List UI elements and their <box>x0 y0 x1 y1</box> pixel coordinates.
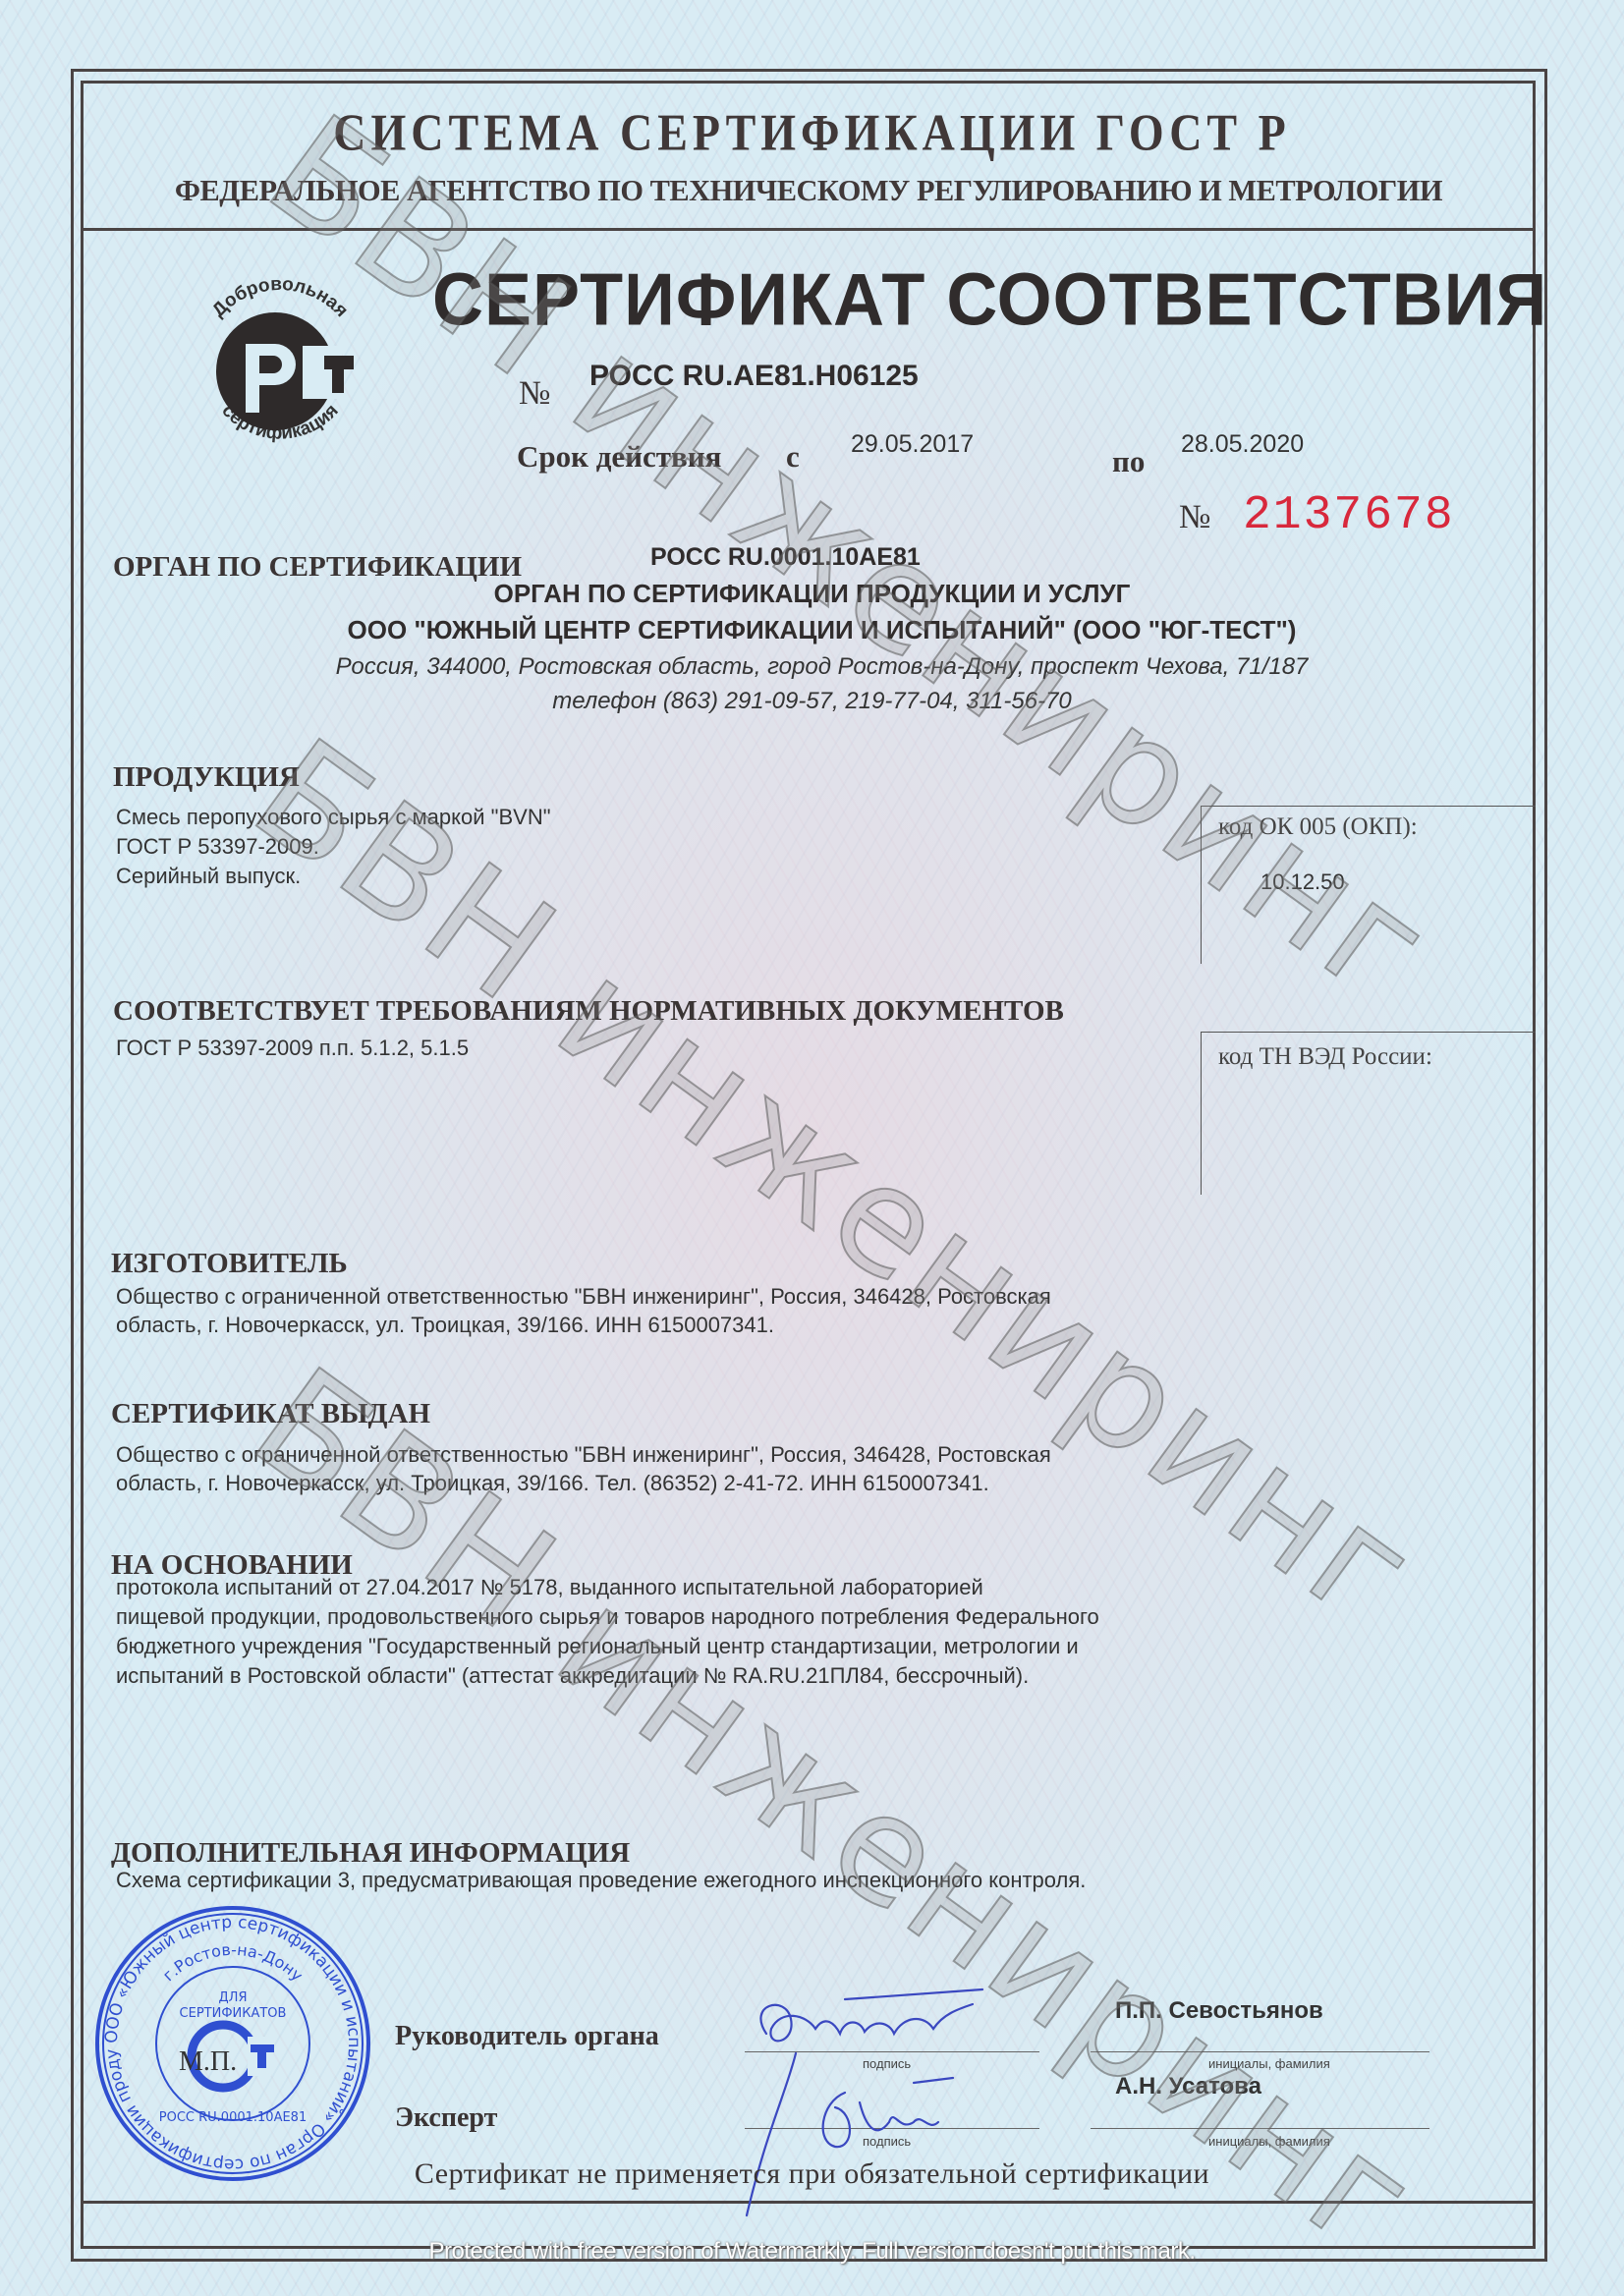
agency-name: ФЕДЕРАЛЬНОЕ АГЕНТСТВО ПО ТЕХНИЧЕСКОМУ РЕ… <box>111 173 1507 208</box>
tnved-code-label: код ТН ВЭД России: <box>1218 1043 1432 1071</box>
certification-body-line1: ОРГАН ПО СЕРТИФИКАЦИИ ПРОДУКЦИИ И УСЛУГ <box>0 579 1624 609</box>
official-seal-stamp: ООО «Южный центр сертификации и испытани… <box>90 1901 375 2186</box>
expert-label: Эксперт <box>395 2102 497 2134</box>
basis-line: бюджетного учреждения "Государственный р… <box>116 1632 1079 1660</box>
head-name-caption: инициалы, фамилия <box>1208 2056 1330 2071</box>
mp-label: М.П. <box>179 2046 237 2078</box>
manufacturer-line: Общество с ограниченной ответственностью… <box>116 1282 1051 1311</box>
conformity-documents: ГОСТ Р 53397-2009 п.п. 5.1.2, 5.1.5 <box>116 1034 469 1062</box>
form-number-sign: № <box>1179 499 1210 536</box>
head-name-line <box>1091 2051 1429 2052</box>
product-line: Серийный выпуск. <box>116 862 301 890</box>
conformity-heading: СООТВЕТСТВУЕТ ТРЕБОВАНИЯМ НОРМАТИВНЫХ ДО… <box>113 995 1064 1028</box>
product-heading: ПРОДУКЦИЯ <box>113 761 300 794</box>
rst-voluntary-certification-icon: Добровольная сертификация <box>177 265 383 472</box>
form-number: 2137678 <box>1243 489 1455 542</box>
expert-name: А.Н. Усатова <box>1115 2073 1261 2100</box>
svg-text:г.Ростов-на-Дону: г.Ростов-на-Дону <box>159 1940 307 1985</box>
basis-line: испытаний в Ростовской области" (аттеста… <box>116 1661 1029 1690</box>
issued-to-line: область, г. Новочеркасск, ул. Троицкая, … <box>116 1469 989 1497</box>
manufacturer-line: область, г. Новочеркасск, ул. Троицкая, … <box>116 1311 774 1339</box>
certificate-number: РОСС RU.AE81.H06125 <box>589 360 919 393</box>
validity-label: Срок действия <box>517 439 721 475</box>
validity-to-label: по <box>1112 444 1145 479</box>
product-line: Смесь перопухового сырья с маркой "BVN" <box>116 803 551 831</box>
certificate-title: СЕРТИФИКАТ СООТВЕТСТВИЯ <box>432 257 1547 342</box>
cert-number-sign: № <box>519 375 550 413</box>
official-seal-icon: ООО «Южный центр сертификации и испытани… <box>90 1901 375 2186</box>
okp-code-value: 10.12.50 <box>1260 869 1345 895</box>
expert-name-line <box>1091 2128 1429 2129</box>
certification-body-line2: ООО "ЮЖНЫЙ ЦЕНТР СЕРТИФИКАЦИИ И ИСПЫТАНИ… <box>0 615 1624 645</box>
svg-text:ДЛЯ: ДЛЯ <box>219 1990 248 2005</box>
header-divider <box>81 228 1536 231</box>
additional-info-text: Схема сертификации 3, предусматривающая … <box>116 1866 1086 1894</box>
okp-code-label: код ОК 005 (ОКП): <box>1218 813 1418 841</box>
basis-line: пищевой продукции, продовольственного сы… <box>116 1602 1099 1631</box>
rst-logo: Добровольная сертификация <box>177 265 383 472</box>
head-of-body-label: Руководитель органа <box>395 2021 659 2052</box>
watermarkly-notice: Protected with free version of Watermark… <box>0 2238 1624 2266</box>
validity-from-label: с <box>786 439 800 475</box>
issued-to-heading: СЕРТИФИКАТ ВЫДАН <box>111 1398 430 1430</box>
voluntary-note: Сертификат не применяется при обязательн… <box>0 2157 1624 2191</box>
valid-from-date: 29.05.2017 <box>851 430 974 459</box>
expert-name-caption: инициалы, фамилия <box>1208 2134 1330 2149</box>
valid-to-date: 28.05.2020 <box>1181 430 1304 459</box>
certification-body-phone: телефон (863) 291-09-57, 219-77-04, 311-… <box>0 688 1624 715</box>
product-line: ГОСТ Р 53397-2009. <box>116 832 319 861</box>
issued-to-line: Общество с ограниченной ответственностью… <box>116 1440 1051 1469</box>
certification-body-address: Россия, 344000, Ростовская область, горо… <box>0 653 1624 681</box>
svg-text:СЕРТИФИКАТОВ: СЕРТИФИКАТОВ <box>180 2006 287 2021</box>
manufacturer-heading: ИЗГОТОВИТЕЛЬ <box>111 1248 348 1280</box>
certification-body-reg-number: РОСС RU.0001.10АЕ81 <box>650 543 921 572</box>
head-name: П.П. Севостьянов <box>1115 1997 1323 2025</box>
basis-line: протокола испытаний от 27.04.2017 № 5178… <box>116 1573 983 1601</box>
system-title: СИСТЕМА СЕРТИФИКАЦИИ ГОСТ Р <box>0 102 1624 162</box>
svg-text:РОСС RU.0001.10АЕ81: РОСС RU.0001.10АЕ81 <box>159 2110 307 2125</box>
